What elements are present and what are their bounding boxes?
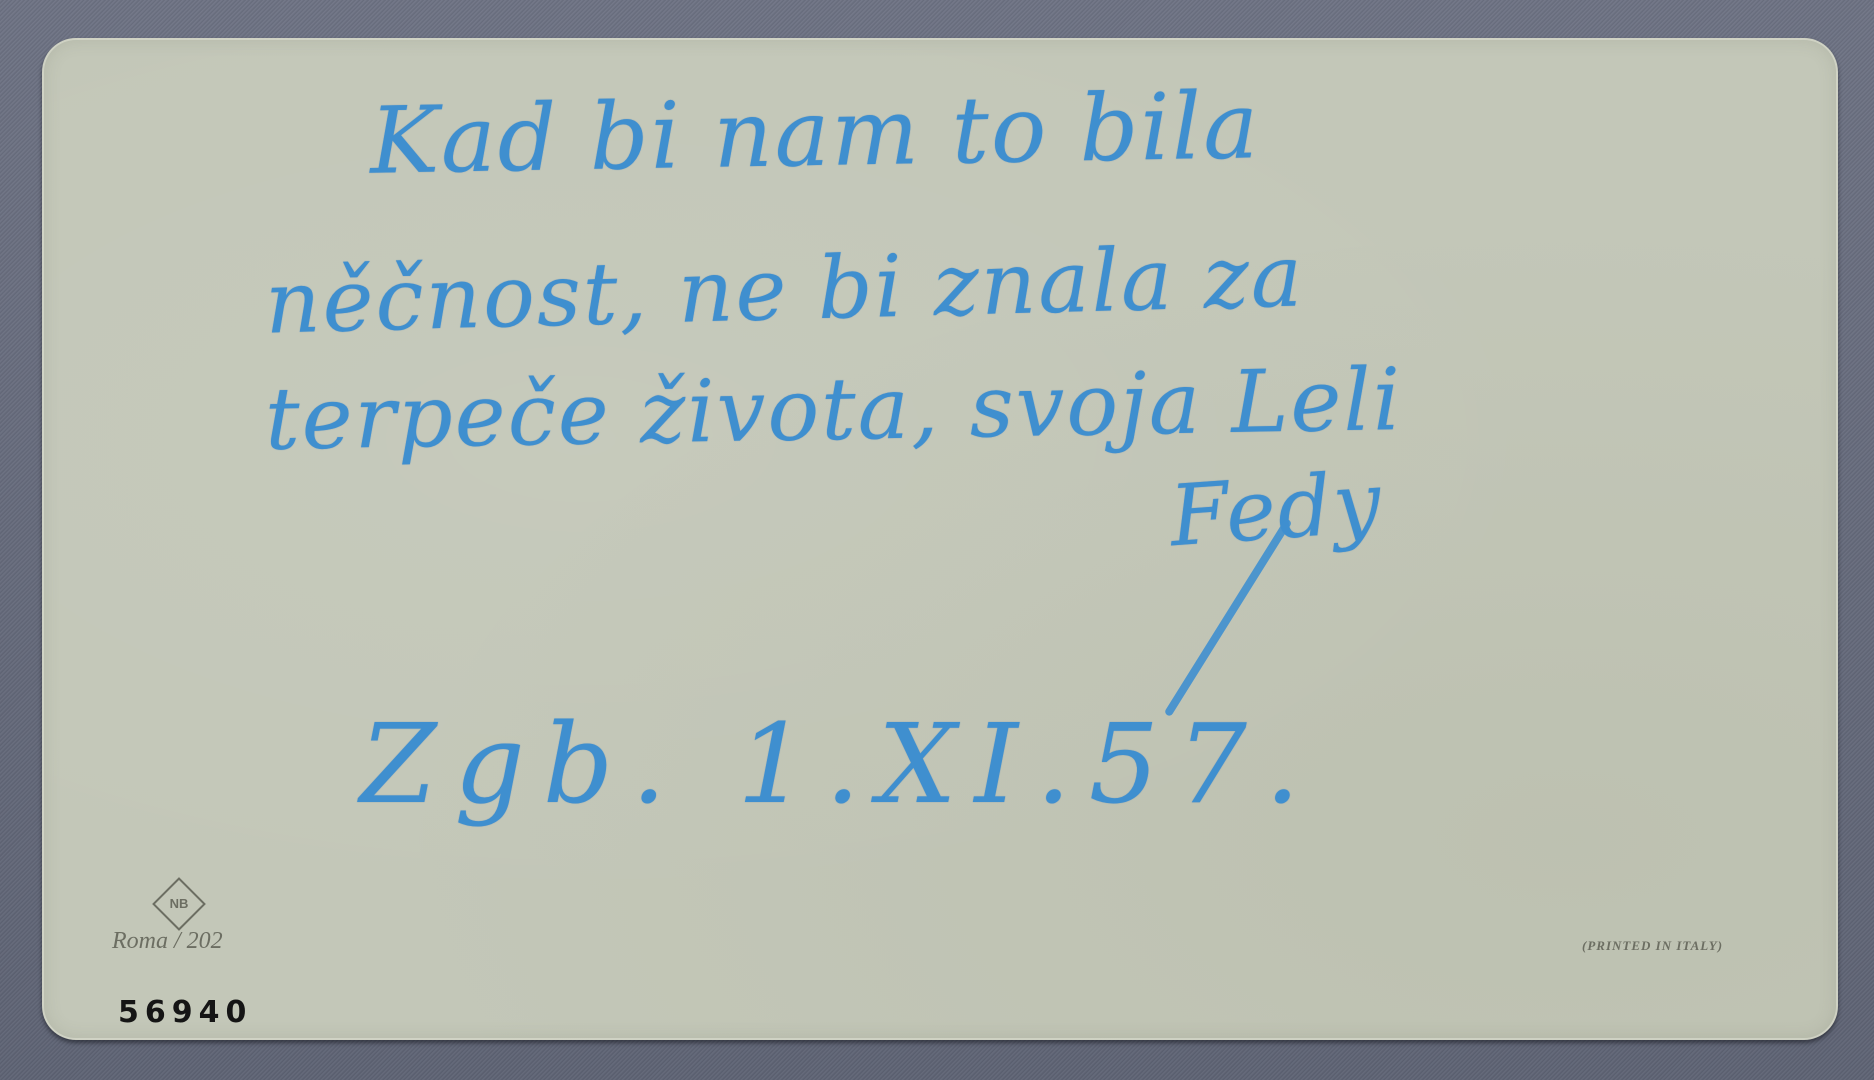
date-line: Zgb. 1.XI.57. (360, 700, 1318, 828)
handwritten-line-1: Kad bi nam to bila (369, 72, 1261, 195)
handwritten-line-3: terpeče života, svoja Leli (264, 350, 1403, 470)
card (42, 38, 1838, 1040)
archive-number: 56940 (118, 995, 252, 1030)
series-number: Roma / 202 (112, 928, 223, 955)
signature: Fedy (1167, 453, 1386, 566)
publisher-logo-text: NB (162, 887, 196, 921)
printed-in-italy: (PRINTED IN ITALY) (1582, 938, 1723, 954)
